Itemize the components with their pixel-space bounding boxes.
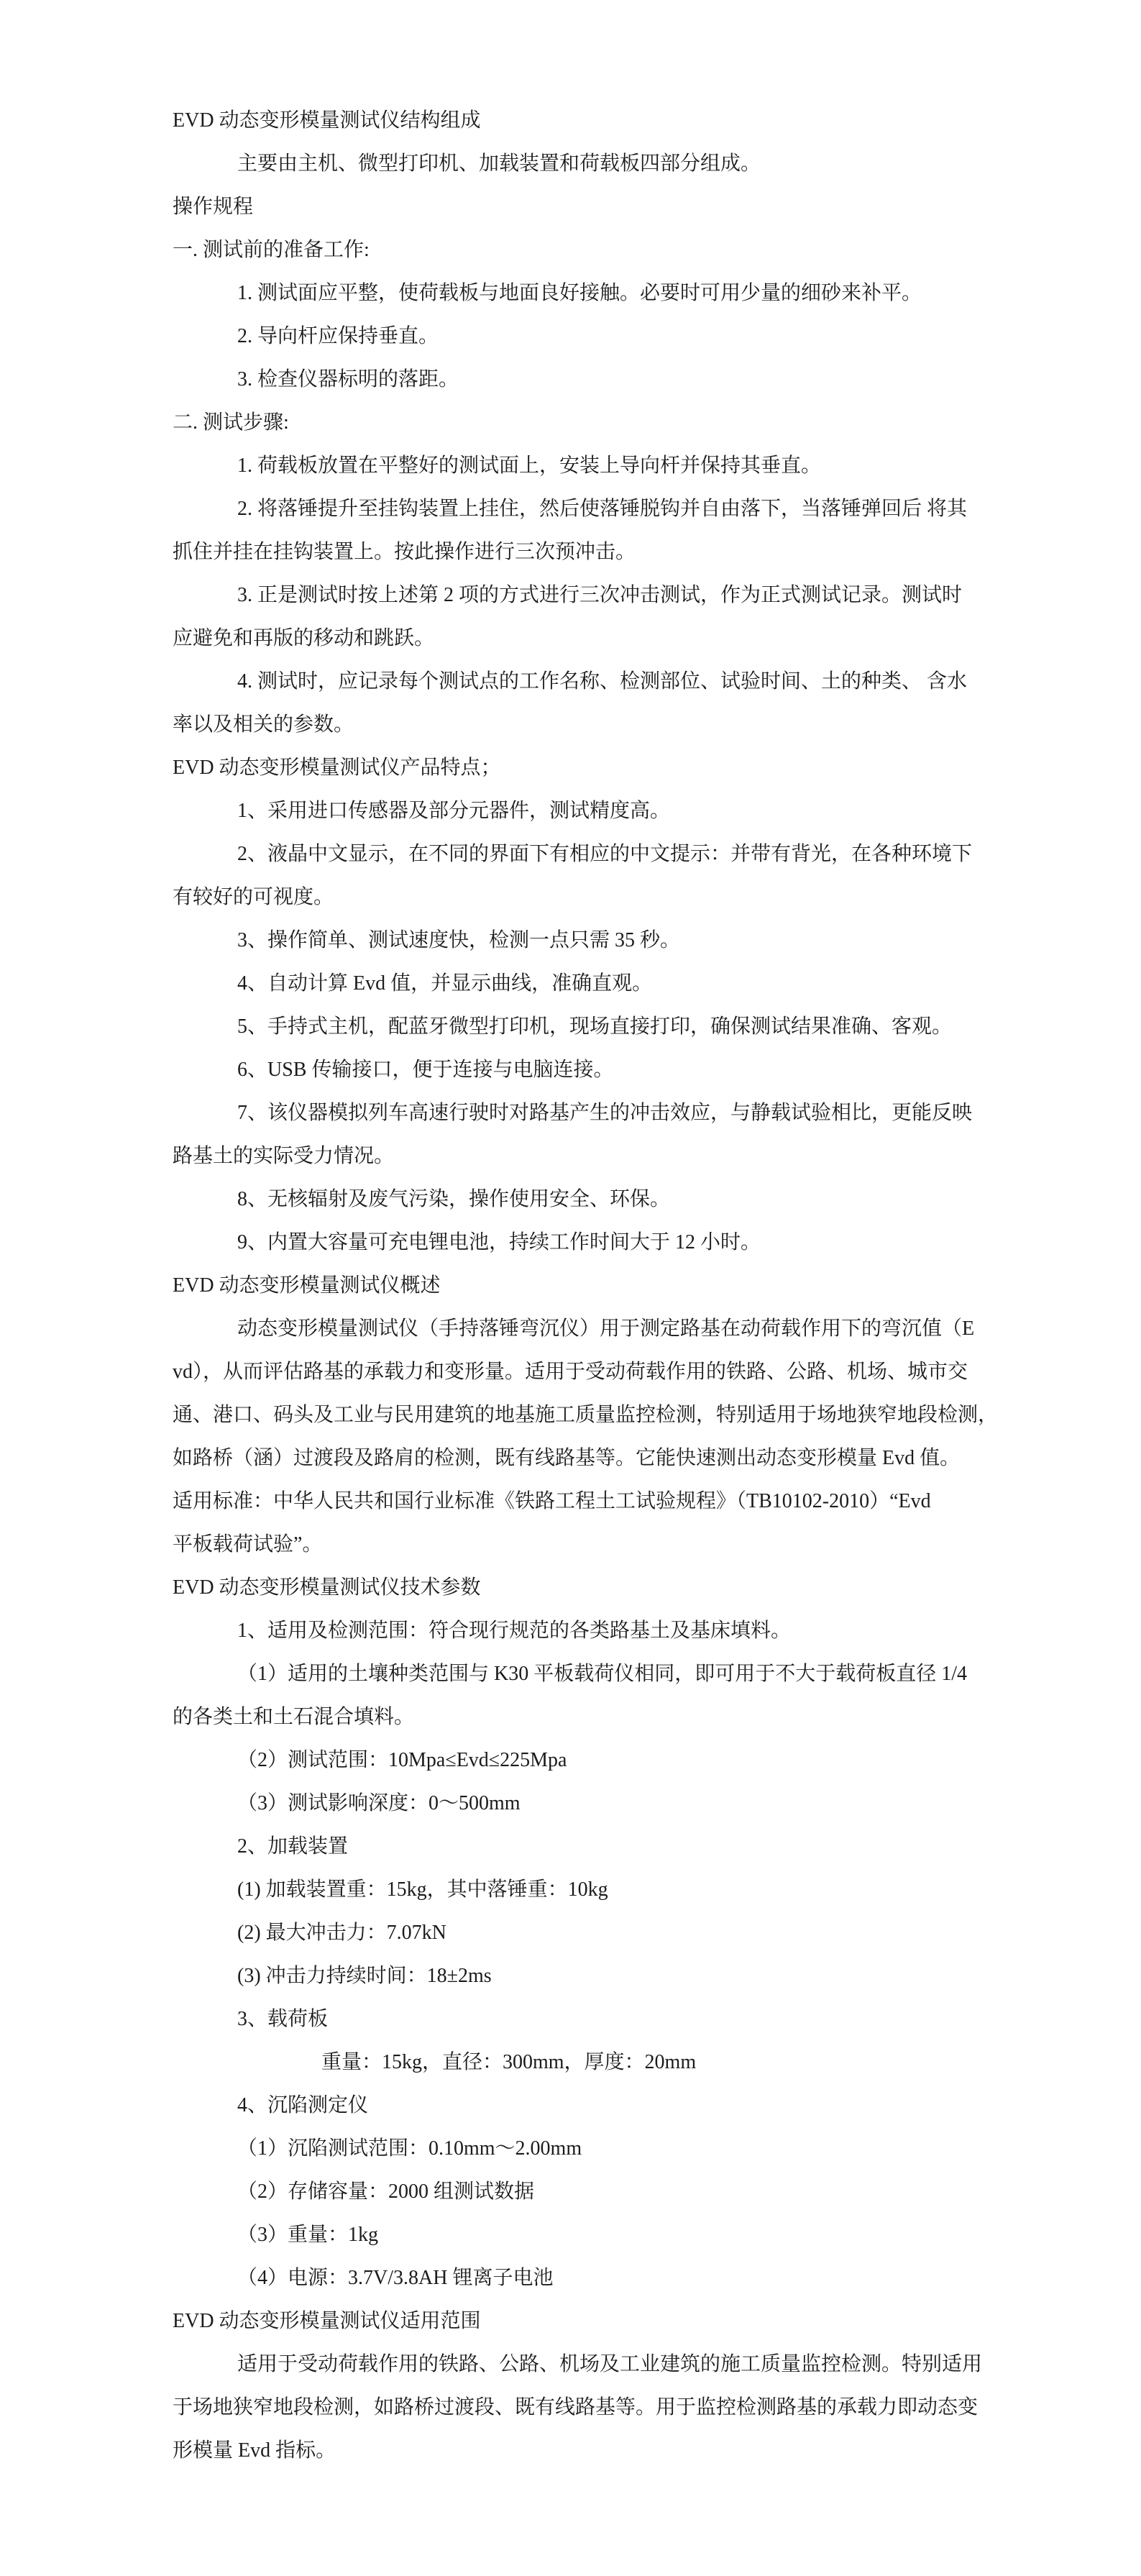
text-line: 适用标准：中华人民共和国行业标准《铁路工程土工试验规程》（TB10102-201… [173,1480,1028,1523]
document-body: EVD 动态变形模量测试仪结构组成主要由主机、微型打印机、加载装置和荷载板四部分… [173,99,1028,2472]
text-line: 主要由主机、微型打印机、加载装置和荷载板四部分组成。 [237,142,1028,186]
text-line: 于场地狭窄地段检测，如路桥过渡段、既有线路基等。用于监控检测路基的承载力即动态变 [173,2386,1028,2429]
text-line: （3）重量：1kg [237,2214,1028,2257]
text-line: （4）电源：3.7V/3.8AH 锂离子电池 [237,2257,1028,2300]
text-line: 4. 测试时，应记录每个测试点的工作名称、检测部位、试验时间、土的种类、 含水 [237,660,1028,703]
text-line: 3、操作简单、测试速度快，检测一点只需 35 秒。 [237,919,1028,962]
text-line: vd），从而评估路基的承载力和变形量。适用于受动荷载作用的铁路、公路、机场、城市… [173,1351,1028,1394]
text-line: （2）存储容量：2000 组测试数据 [237,2170,1028,2214]
text-line: 3. 检查仪器标明的落距。 [237,358,1028,401]
text-line: 2. 将落锤提升至挂钩装置上挂住，然后使落锤脱钩并自由落下，当落锤弹回后 将其 [237,488,1028,531]
text-line: 7、该仪器模拟列车高速行驶时对路基产生的冲击效应，与静载试验相比，更能反映 [237,1092,1028,1135]
text-line: 适用于受动荷载作用的铁路、公路、机场及工业建筑的施工质量监控检测。特别适用 [237,2343,1028,2386]
text-line: 一. 测试前的准备工作: [173,229,1028,272]
text-line: 二. 测试步骤: [173,401,1028,444]
text-line: 6、USB 传输接口，便于连接与电脑连接。 [237,1049,1028,1092]
text-line: 2. 导向杆应保持垂直。 [237,315,1028,358]
text-line: 9、内置大容量可充电锂电池，持续工作时间大于 12 小时。 [237,1221,1028,1264]
text-line: 动态变形模量测试仪（手持落锤弯沉仪）用于测定路基在动荷载作用下的弯沉值（E [237,1307,1028,1351]
text-line: （3）测试影响深度：0～500mm [237,1782,1028,1825]
text-line: (1) 加载装置重：15kg，其中落锤重：10kg [237,1868,1028,1912]
text-line: 形模量 Evd 指标。 [173,2429,1028,2472]
text-line: 1. 荷载板放置在平整好的测试面上，安装上导向杆并保持其垂直。 [237,444,1028,488]
text-line: 率以及相关的参数。 [173,703,1028,746]
text-line: EVD 动态变形模量测试仪结构组成 [173,99,1028,142]
text-line: 抓住并挂在挂钩装置上。按此操作进行三次预冲击。 [173,531,1028,574]
text-line: 5、手持式主机，配蓝牙微型打印机，现场直接打印，确保测试结果准确、客观。 [237,1005,1028,1049]
text-line: (3) 冲击力持续时间：18±2ms [237,1955,1028,1998]
text-line: 重量：15kg，直径：300mm，厚度：20mm [321,2041,1028,2084]
text-line: 的各类土和土石混合填料。 [173,1696,1028,1739]
text-line: EVD 动态变形模量测试仪概述 [173,1264,1028,1307]
text-line: 1. 测试面应平整，使荷载板与地面良好接触。必要时可用少量的细砂来补平。 [237,272,1028,315]
document-page: EVD 动态变形模量测试仪结构组成主要由主机、微型打印机、加载装置和荷载板四部分… [0,0,1141,2576]
text-line: （2）测试范围：10Mpa≤Evd≤225Mpa [237,1739,1028,1782]
text-line: 4、自动计算 Evd 值，并显示曲线，准确直观。 [237,962,1028,1005]
text-line: （1）沉陷测试范围：0.10mm～2.00mm [237,2127,1028,2170]
text-line: 2、加载装置 [237,1825,1028,1868]
text-line: EVD 动态变形模量测试仪适用范围 [173,2300,1028,2343]
text-line: 8、无核辐射及废气污染，操作使用安全、环保。 [237,1178,1028,1221]
text-line: 4、沉陷测定仪 [237,2084,1028,2127]
text-line: 操作规程 [173,186,1028,229]
text-line: 1、适用及检测范围：符合现行规范的各类路基土及基床填料。 [237,1609,1028,1653]
text-line: 3. 正是测试时按上述第 2 项的方式进行三次冲击测试，作为正式测试记录。测试时 [237,574,1028,617]
text-line: 路基土的实际受力情况。 [173,1135,1028,1178]
text-line: 应避免和再版的移动和跳跃。 [173,617,1028,660]
text-line: (2) 最大冲击力：7.07kN [237,1912,1028,1955]
text-line: （1）适用的土壤种类范围与 K30 平板载荷仪相同，即可用于不大于载荷板直径 1… [237,1653,1028,1696]
text-line: 如路桥（涵）过渡段及路肩的检测，既有线路基等。它能快速测出动态变形模量 Evd … [173,1437,1028,1480]
text-line: 3、载荷板 [237,1998,1028,2041]
text-line: EVD 动态变形模量测试仪技术参数 [173,1566,1028,1609]
text-line: EVD 动态变形模量测试仪产品特点； [173,746,1028,790]
text-line: 平板载荷试验”。 [173,1523,1028,1566]
text-line: 2、液晶中文显示，在不同的界面下有相应的中文提示：并带有背光，在各种环境下 [237,833,1028,876]
text-line: 通、港口、码头及工业与民用建筑的地基施工质量监控检测，特别适用于场地狭窄地段检测… [173,1394,1028,1437]
text-line: 有较好的可视度。 [173,876,1028,919]
text-line: 1、采用进口传感器及部分元器件，测试精度高。 [237,790,1028,833]
